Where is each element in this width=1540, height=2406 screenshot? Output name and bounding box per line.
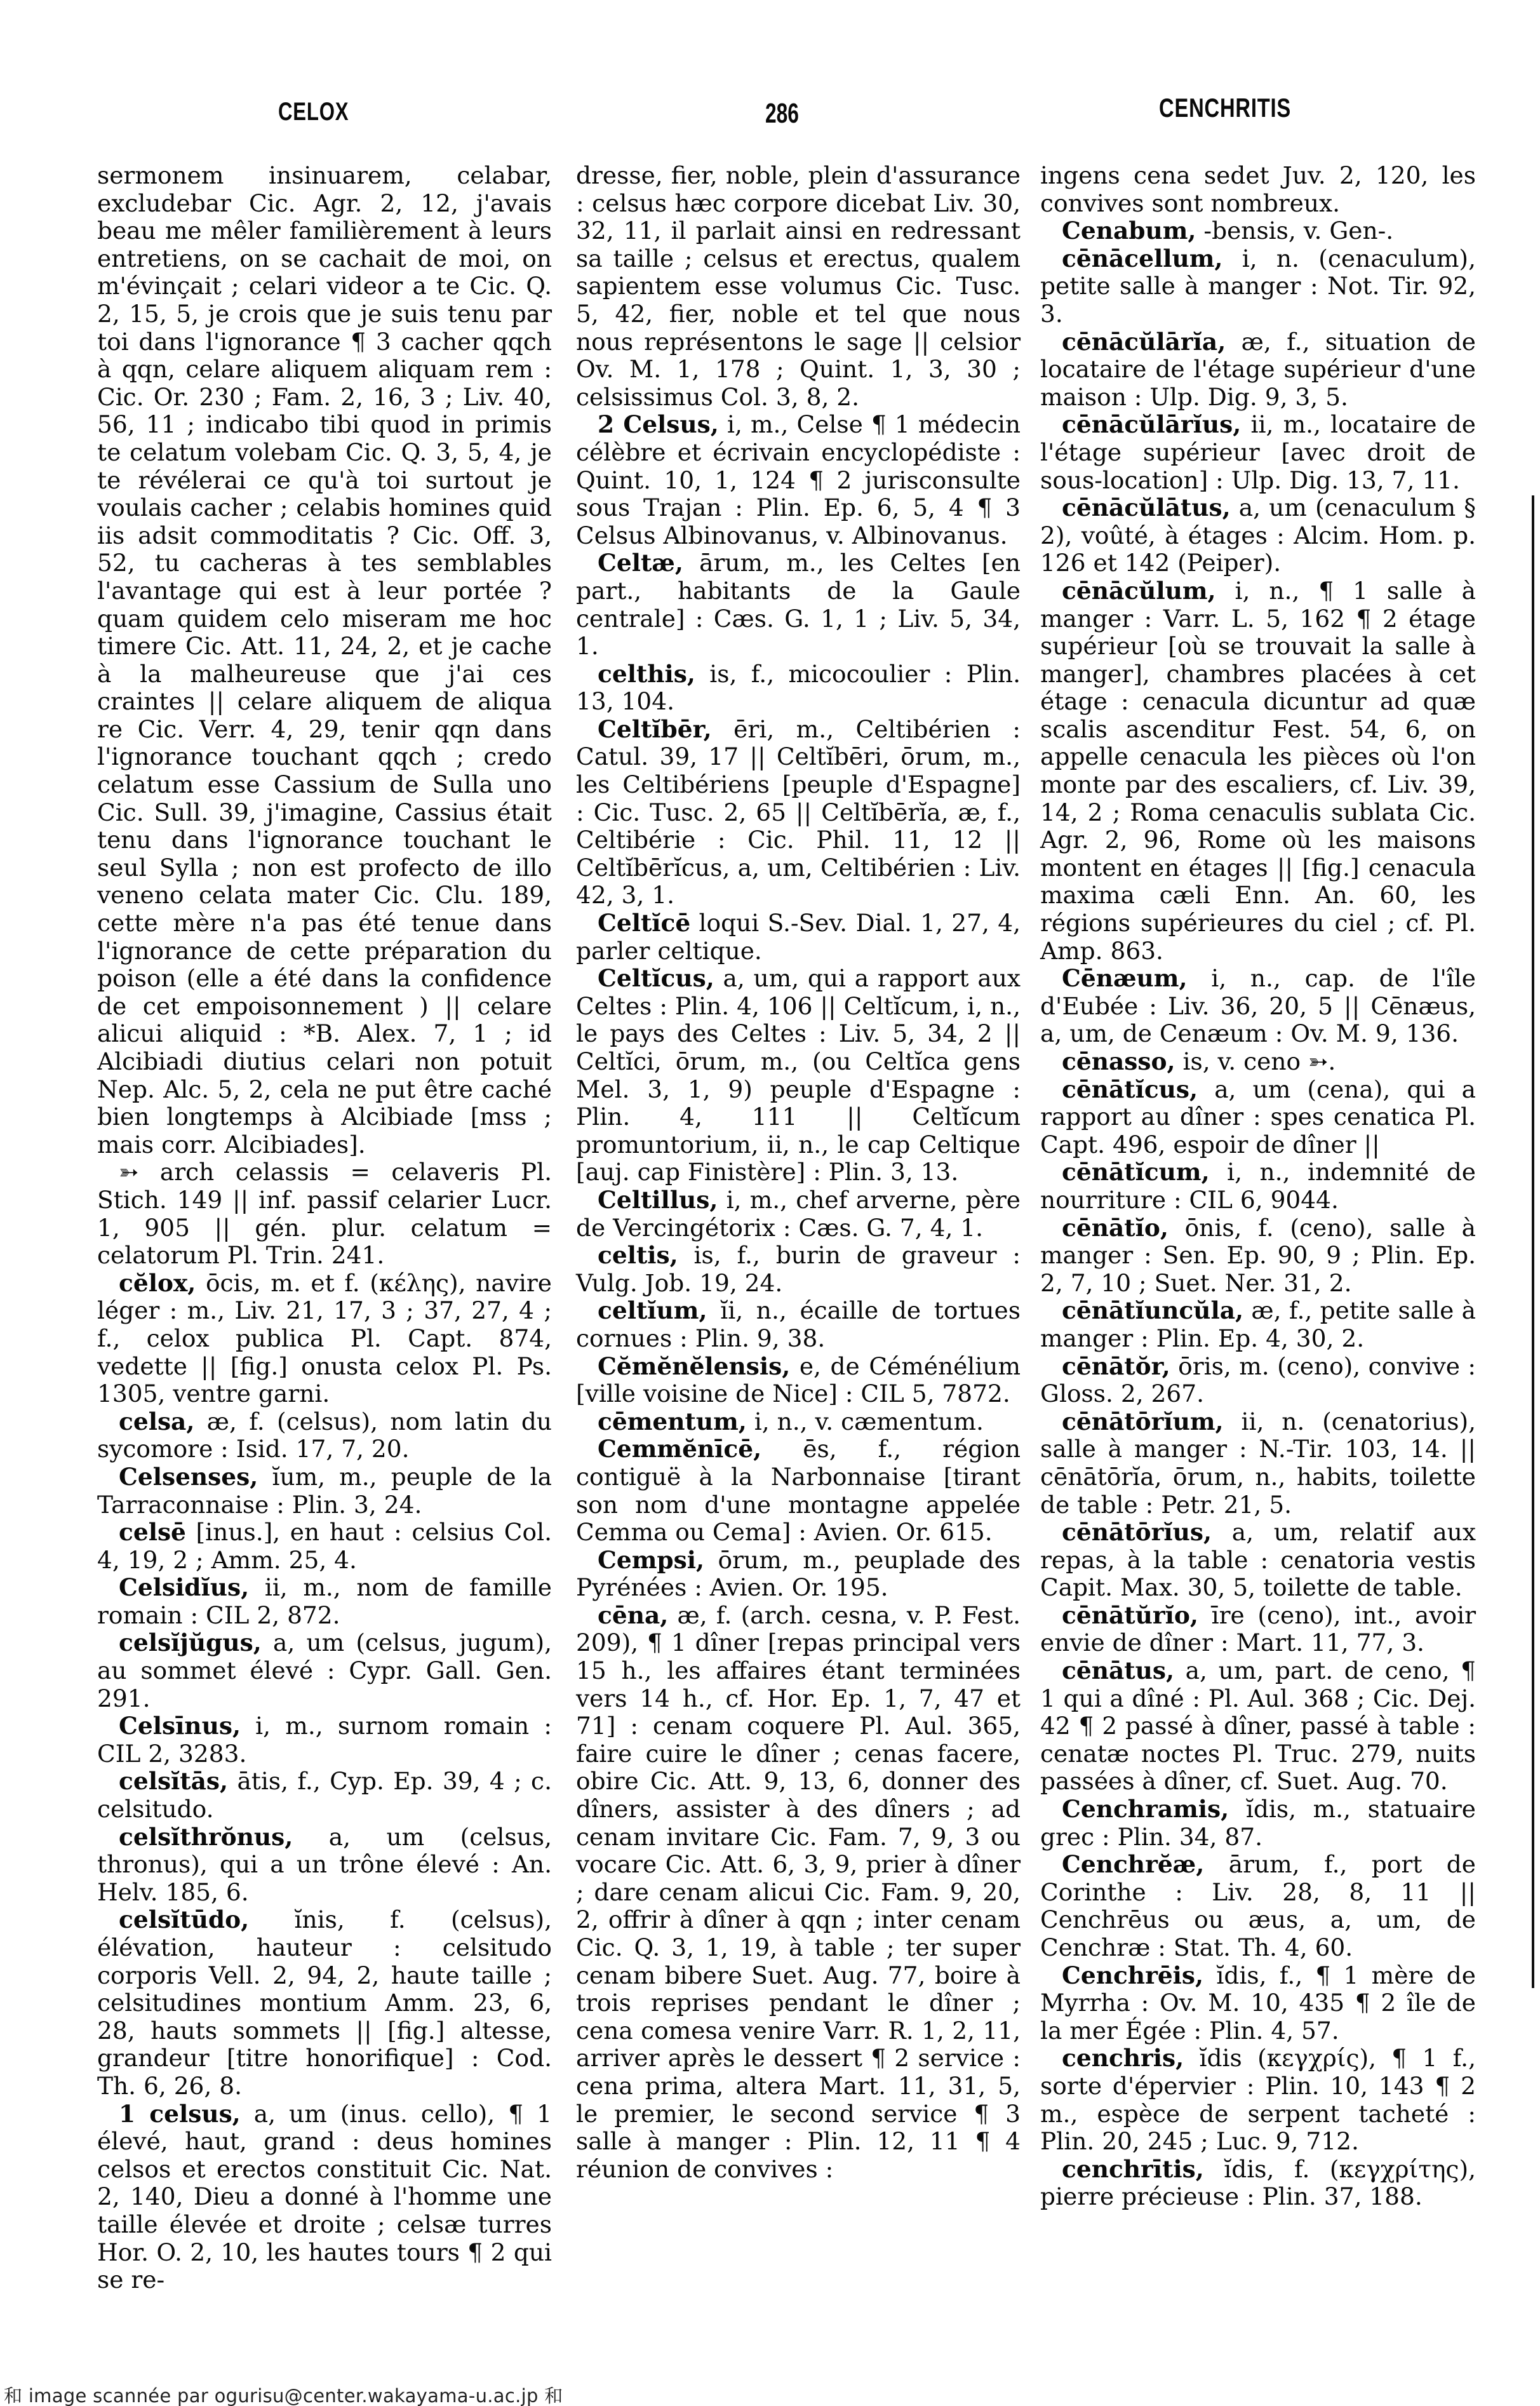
dictionary-entry: Celtĭcē loqui S.-Sev. Dial. 1, 27, 4, pa…	[576, 910, 1021, 965]
entry-headword: Celsīnus,	[119, 1712, 241, 1740]
dictionary-entry: cēnācŭlum, i, n., ¶ 1 salle à manger : V…	[1040, 577, 1476, 965]
dictionary-entry: Celsidĭus, ii, m., nom de famille romain…	[97, 1574, 552, 1629]
dictionary-entry: cēnātĭuncŭla, æ, f., petite salle à mang…	[1040, 1297, 1476, 1352]
entry-headword: Cēnæum,	[1062, 964, 1188, 992]
dictionary-entry: cēnātus, a, um, part. de ceno, ¶ 1 qui a…	[1040, 1657, 1476, 1796]
dictionary-entry: celtĭum, ĭi, n., écaille de tortues corn…	[576, 1297, 1021, 1352]
entry-headword: cēnātĭuncŭla,	[1062, 1296, 1243, 1324]
entry-headword: 1 celsus,	[119, 2100, 241, 2128]
entry-definition: a, um, qui a rapport aux Celtes : Plin. …	[576, 964, 1021, 1186]
entry-headword: Cenabum,	[1062, 217, 1196, 245]
dictionary-entry: Cenchrĕæ, ārum, f., port de Corinthe : L…	[1040, 1851, 1476, 1961]
column-right: ingens cena sedet Juv. 2, 120, les convi…	[1040, 162, 1476, 2211]
entry-headword: celsĭthrŏnus,	[119, 1823, 293, 1851]
dictionary-entry: ➳ arch celassis = celaveris Pl. Stich. 1…	[97, 1159, 552, 1269]
entry-headword: Celtillus,	[598, 1186, 718, 1214]
dictionary-entry: Cenchramis, ĭdis, m., statuaire grec : P…	[1040, 1796, 1476, 1851]
entry-definition: i, n., ¶ 1 salle à manger : Varr. L. 5, …	[1040, 577, 1476, 965]
entry-definition: ēri, m., Celtibérien : Catul. 39, 17 || …	[576, 715, 1021, 910]
dictionary-entry: celthis, is, f., micocoulier : Plin. 13,…	[576, 661, 1021, 716]
dictionary-entry: cēnātĭcus, a, um (cena), qui a rapport a…	[1040, 1076, 1476, 1159]
entry-headword: cenchrītis,	[1062, 2155, 1204, 2183]
entry-headword: cēnātĭcum,	[1062, 1158, 1210, 1186]
dictionary-entry: cēmentum, i, n., v. cæmentum.	[576, 1408, 1021, 1436]
entry-definition: i, n., v. cæmentum.	[747, 1408, 984, 1435]
entry-headword: cēnācellum,	[1062, 245, 1222, 272]
dictionary-entry: cēna, æ, f. (arch. cesna, v. P. Fest. 20…	[576, 1602, 1021, 2183]
dictionary-entry: Cenabum, -bensis, v. Gen-.	[1040, 217, 1476, 245]
dictionary-entry: celsa, æ, f. (celsus), nom latin du syco…	[97, 1408, 552, 1463]
entry-definition: -bensis, v. Gen-.	[1196, 217, 1394, 245]
entry-headword: celsa,	[119, 1408, 194, 1435]
entry-headword: celtis,	[598, 1241, 678, 1269]
dictionary-entry: celsĭtūdo, ĭnis, f. (celsus), élévation,…	[97, 1906, 552, 2100]
entry-definition: sermonem insinuarem, celabar, excludebar…	[97, 161, 552, 1159]
entry-headword: cēnātĭcus,	[1062, 1075, 1198, 1103]
dictionary-entry: celsĭtās, ātis, f., Cyp. Ep. 39, 4 ; c. …	[97, 1768, 552, 1823]
page-edge-rule	[1532, 495, 1534, 1988]
scan-credit: 和 image scannée par ogurisu@center.wakay…	[4, 2382, 563, 2406]
dictionary-entry: celtis, is, f., burin de graveur : Vulg.…	[576, 1242, 1021, 1297]
dictionary-entry: celsĭthrŏnus, a, um (celsus, thronus), q…	[97, 1824, 552, 1907]
dictionary-entry: Cēnæum, i, n., cap. de l'île d'Eubée : L…	[1040, 965, 1476, 1048]
entry-headword: celsĭtās,	[119, 1767, 228, 1795]
entry-headword: cēnātŏr,	[1062, 1352, 1170, 1380]
dictionary-entry: Celtĭcus, a, um, qui a rapport aux Celte…	[576, 965, 1021, 1186]
dictionary-entry: cēnācŭlārĭa, æ, f., situation de locatai…	[1040, 328, 1476, 412]
entry-definition: dresse, fier, noble, plein d'assurance :…	[576, 161, 1021, 411]
dictionary-entry: cēnasso, is, v. ceno ➳.	[1040, 1048, 1476, 1076]
entry-headword: Cenchrēis,	[1062, 1961, 1203, 1989]
entry-headword: cēnācŭlātus,	[1062, 494, 1231, 521]
entry-headword: celtĭum,	[598, 1296, 707, 1324]
dictionary-entry: cēnātōrĭum, ii, n. (cenatorius), salle à…	[1040, 1408, 1476, 1519]
entry-definition: ĭnis, f. (celsus), élévation, hauteur : …	[97, 1905, 552, 2100]
dictionary-entry: cenchrītis, ĭdis, f. (κεγχρίτης), pierre…	[1040, 2156, 1476, 2211]
dictionary-entry: ingens cena sedet Juv. 2, 120, les convi…	[1040, 162, 1476, 217]
dictionary-entry: sermonem insinuarem, celabar, excludebar…	[97, 162, 552, 1159]
entry-definition: a, um (inus. cello), ¶ 1 élevé, haut, gr…	[97, 2100, 552, 2294]
dictionary-entry: cēnācellum, i, n. (cenaculum), petite sa…	[1040, 245, 1476, 328]
right-guide-word: CENCHRITIS	[1159, 93, 1291, 123]
left-guide-word: CELOX	[278, 98, 349, 126]
entry-headword: Celsenses,	[119, 1463, 258, 1491]
entry-headword: cēnācŭlārĭa,	[1062, 328, 1226, 356]
entry-definition: ingens cena sedet Juv. 2, 120, les convi…	[1040, 161, 1476, 217]
dictionary-entry: cēnātĭo, ōnis, f. (ceno), salle à manger…	[1040, 1214, 1476, 1298]
entry-headword: cēnācŭlum,	[1062, 577, 1216, 605]
entry-headword: cēnātŭrĭo,	[1062, 1601, 1198, 1629]
running-header: CELOX 286 CENCHRITIS	[0, 89, 1540, 133]
dictionary-entry: cĕlox, ōcis, m. et f. (κέλης), navire lé…	[97, 1270, 552, 1408]
entry-headword: celsĭtūdo,	[119, 1905, 249, 1933]
dictionary-entry: cēnācŭlātus, a, um (cenaculum § 2), voût…	[1040, 494, 1476, 577]
entry-headword: Cenchramis,	[1062, 1795, 1229, 1823]
dictionary-entry: 2 Celsus, i, m., Celse ¶ 1 médecin célèb…	[576, 411, 1021, 549]
dictionary-entry: Celsīnus, i, m., surnom romain : CIL 2, …	[97, 1712, 552, 1768]
dictionary-entry: 1 celsus, a, um (inus. cello), ¶ 1 élevé…	[97, 2100, 552, 2294]
entry-headword: celsē	[119, 1518, 186, 1546]
dictionary-entry: Cenchrēis, ĭdis, f., ¶ 1 mère de Myrrha …	[1040, 1962, 1476, 2045]
entry-headword: 2 Celsus,	[598, 410, 719, 438]
dictionary-entry: cēnātŏr, ōris, m. (ceno), convive : Glos…	[1040, 1353, 1476, 1408]
page-number: 286	[765, 98, 799, 130]
dictionary-entry: Celtillus, i, m., chef arverne, père de …	[576, 1186, 1021, 1242]
entry-headword: Cempsi,	[598, 1546, 704, 1574]
dictionary-entry: cenchris, ĭdis (κεγχρίς), ¶ 1 f., sorte …	[1040, 2045, 1476, 2155]
column-left: sermonem insinuarem, celabar, excludebar…	[97, 162, 552, 2294]
entry-headword: cēnātus,	[1062, 1657, 1174, 1684]
entry-headword: cĕlox,	[119, 1269, 196, 1297]
dictionary-entry: Celtæ, ārum, m., les Celtes [en part., h…	[576, 549, 1021, 660]
entry-headword: celsĭjŭgus,	[119, 1629, 262, 1657]
entry-definition: æ, f. (arch. cesna, v. P. Fest. 209), ¶ …	[576, 1601, 1021, 2183]
dictionary-entry: cēnātĭcum, i, n., indemnité de nourritur…	[1040, 1159, 1476, 1214]
dictionary-entry: celsē [inus.], en haut : celsius Col. 4,…	[97, 1519, 552, 1574]
entry-headword: cēnātōrĭum,	[1062, 1408, 1224, 1435]
entry-headword: Cĕmĕnĕlensis,	[598, 1352, 790, 1380]
entry-headword: cēna,	[598, 1601, 668, 1629]
entry-headword: Celtĭbēr,	[598, 715, 712, 743]
entry-headword: Celtĭcē	[598, 909, 690, 937]
dictionary-entry: cēnātŭrĭo, īre (ceno), int., avoir envie…	[1040, 1602, 1476, 1657]
dictionary-entry: Cempsi, ōrum, m., peuplade des Pyrénées …	[576, 1547, 1021, 1602]
dictionary-entry: dresse, fier, noble, plein d'assurance :…	[576, 162, 1021, 411]
entry-headword: cēnācŭlārĭus,	[1062, 410, 1241, 438]
entry-headword: celthis,	[598, 660, 695, 688]
entry-headword: cēnātōrĭus,	[1062, 1518, 1212, 1546]
dictionary-entry: Cemmĕnīcē, ēs, f., région contiguë à la …	[576, 1435, 1021, 1546]
entry-definition: is, v. ceno ➳.	[1175, 1047, 1336, 1075]
entry-definition: ➳ arch celassis = celaveris Pl. Stich. 1…	[97, 1158, 552, 1269]
dictionary-entry: Cĕmĕnĕlensis, e, de Céménélium [ville vo…	[576, 1353, 1021, 1408]
entry-headword: cēnasso,	[1062, 1047, 1175, 1075]
dictionary-entry: celsĭjŭgus, a, um (celsus, jugum), au so…	[97, 1629, 552, 1712]
entry-headword: cēmentum,	[598, 1408, 747, 1435]
entry-headword: cenchris,	[1062, 2044, 1184, 2072]
entry-headword: Cenchrĕæ,	[1062, 1850, 1204, 1878]
entry-headword: Celtæ,	[598, 549, 683, 577]
column-middle: dresse, fier, noble, plein d'assurance :…	[576, 162, 1021, 2183]
entry-headword: Cemmĕnīcē,	[598, 1435, 761, 1463]
dictionary-entry: Celsenses, ĭum, m., peuple de la Tarraco…	[97, 1463, 552, 1519]
dictionary-entry: cēnātōrĭus, a, um, relatif aux repas, à …	[1040, 1519, 1476, 1602]
entry-headword: cēnātĭo,	[1062, 1214, 1168, 1242]
dictionary-entry: Celtĭbēr, ēri, m., Celtibérien : Catul. …	[576, 716, 1021, 910]
entry-headword: Celsidĭus,	[119, 1573, 249, 1601]
entry-headword: Celtĭcus,	[598, 964, 714, 992]
dictionary-entry: cēnācŭlārĭus, ii, m., locataire de l'éta…	[1040, 411, 1476, 494]
